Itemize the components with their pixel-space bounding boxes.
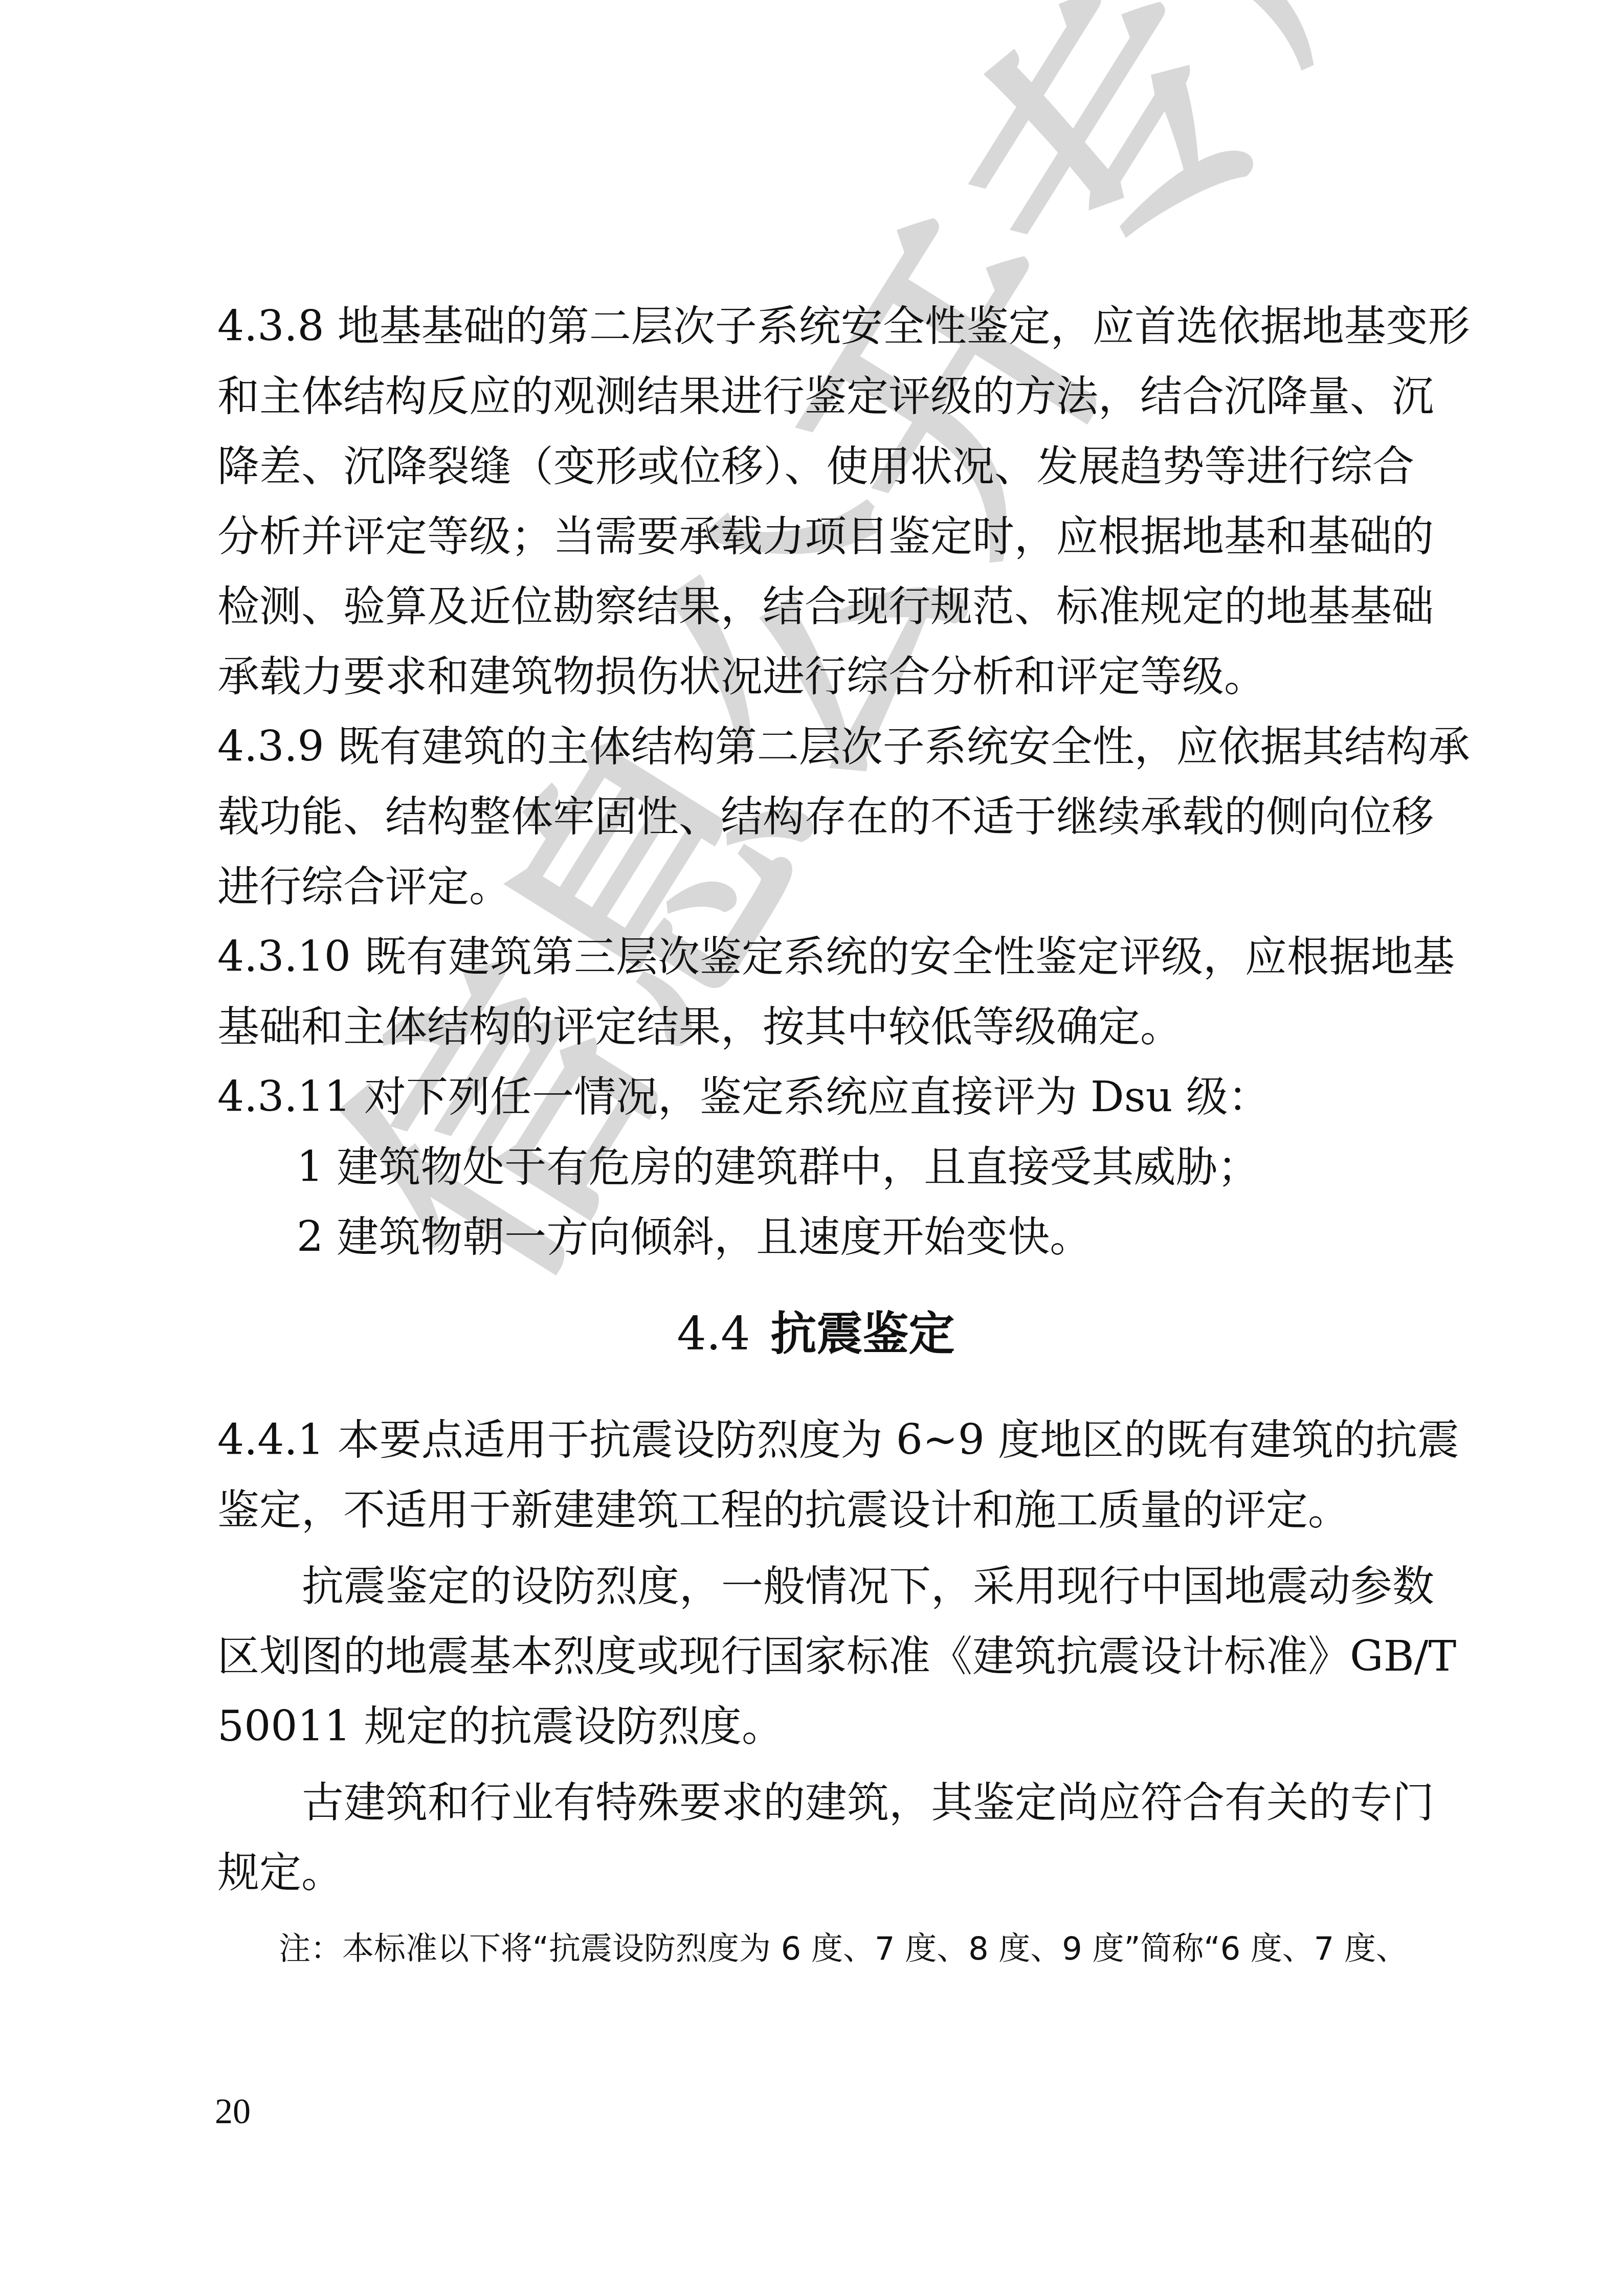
list-item: 2 建筑物朝一方向倾斜，且速度开始变快。 bbox=[217, 1202, 1414, 1272]
clause-line: 和主体结构反应的观测结果进行鉴定评级的方法，结合沉降量、沉 bbox=[217, 362, 1414, 432]
clause-line: 鉴定，不适用于新建建筑工程的抗震设计和施工质量的评定。 bbox=[217, 1475, 1414, 1545]
clause-intro: 4.3.11 对下列任一情况，鉴定系统应直接评为 Dsu 级： bbox=[217, 1062, 1414, 1132]
paragraph-line: 规定。 bbox=[217, 1838, 1414, 1908]
section-title: 抗震鉴定 bbox=[771, 1307, 955, 1361]
list-item: 1 建筑物处于有危房的建筑群中，且直接受其威胁； bbox=[217, 1132, 1414, 1202]
paragraph-line: 抗震鉴定的设防烈度，一般情况下，采用现行中国地震动参数 bbox=[217, 1551, 1414, 1622]
footnote: 注：本标准以下将“抗震设防烈度为 6 度、7 度、8 度、9 度”简称“6 度、… bbox=[217, 1918, 1414, 1979]
clause-line: 进行综合评定。 bbox=[217, 852, 1414, 922]
clause-4-3-10: 4.3.10 既有建筑第三层次鉴定系统的安全性鉴定评级，应根据地基 基础和主体结… bbox=[217, 922, 1414, 1062]
document-page: 信息公开专用 4.3.8 地基基础的第二层次子系统安全性鉴定，应首选依据地基变形… bbox=[0, 0, 1624, 2296]
clause-line: 4.3.8 地基基础的第二层次子系统安全性鉴定，应首选依据地基变形 bbox=[217, 291, 1414, 362]
clause-line: 4.4.1 本要点适用于抗震设防烈度为 6~9 度地区的既有建筑的抗震 bbox=[217, 1405, 1414, 1475]
section-number: 4.4 bbox=[677, 1307, 750, 1361]
clause-4-3-11: 4.3.11 对下列任一情况，鉴定系统应直接评为 Dsu 级： 1 建筑物处于有… bbox=[217, 1062, 1414, 1272]
clause-line: 降差、沉降裂缝（变形或位移）、使用状况、发展趋势等进行综合 bbox=[217, 432, 1414, 502]
clause-line: 4.3.10 既有建筑第三层次鉴定系统的安全性鉴定评级，应根据地基 bbox=[217, 922, 1414, 992]
paragraph-line: 50011 规定的抗震设防烈度。 bbox=[217, 1692, 1414, 1762]
section-heading: 4.4抗震鉴定 bbox=[217, 1293, 1414, 1375]
clause-line: 承载力要求和建筑物损伤状况进行综合分析和评定等级。 bbox=[217, 642, 1414, 712]
clause-line: 基础和主体结构的评定结果，按其中较低等级确定。 bbox=[217, 992, 1414, 1062]
clause-line: 4.3.9 既有建筑的主体结构第二层次子系统安全性，应依据其结构承 bbox=[217, 712, 1414, 782]
clause-4-4-1: 4.4.1 本要点适用于抗震设防烈度为 6~9 度地区的既有建筑的抗震 鉴定，不… bbox=[217, 1405, 1414, 1979]
clause-4-3-8: 4.3.8 地基基础的第二层次子系统安全性鉴定，应首选依据地基变形 和主体结构反… bbox=[217, 291, 1414, 712]
clause-4-3-9: 4.3.9 既有建筑的主体结构第二层次子系统安全性，应依据其结构承 载功能、结构… bbox=[217, 712, 1414, 922]
page-number: 20 bbox=[215, 2091, 251, 2132]
paragraph-line: 区划图的地震基本烈度或现行国家标准《建筑抗震设计标准》GB/T bbox=[217, 1622, 1414, 1692]
paragraph-line: 古建筑和行业有特殊要求的建筑，其鉴定尚应符合有关的专门 bbox=[217, 1768, 1414, 1838]
clause-line: 载功能、结构整体牢固性、结构存在的不适于继续承载的侧向位移 bbox=[217, 782, 1414, 852]
clause-line: 检测、验算及近位勘察结果，结合现行规范、标准规定的地基基础 bbox=[217, 572, 1414, 642]
page-content: 4.3.8 地基基础的第二层次子系统安全性鉴定，应首选依据地基变形 和主体结构反… bbox=[217, 291, 1414, 1979]
clause-line: 分析并评定等级；当需要承载力项目鉴定时，应根据地基和基础的 bbox=[217, 502, 1414, 572]
